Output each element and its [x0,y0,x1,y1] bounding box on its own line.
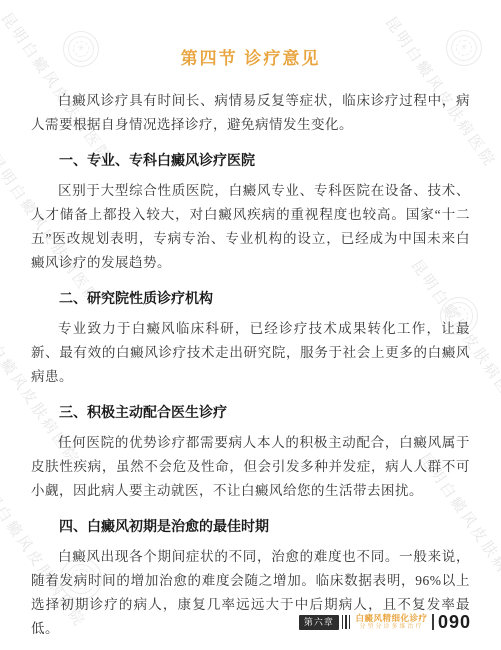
footer-book-title-line2: 分型分诊多维治疗 [359,623,423,631]
heading-3: 三、积极主动配合医生诊疗 [31,402,470,422]
footer-divider-bars-icon [342,615,351,629]
document-page: 昆明白癜风皮肤病医院 昆明白癜风皮肤病医院 昆明白癜风皮肤病医院 昆明白癜风皮肤… [0,0,501,650]
paragraph-3: 任何医院的优势诊疗都需要病人本人的积极主动配合，白癜风属于皮肤性疾病，虽然不会危… [31,431,470,503]
paragraph-2: 专业致力于白癜风临床科研，已经诊疗技术成果转化工作，让最新、最有效的白癜风诊疗技… [31,317,470,389]
page-number: 090 [438,613,471,631]
footer-book-title: 白癜风精细化诊疗 分型分诊多维治疗 [355,613,427,631]
page-number-separator [432,614,434,630]
footer-book-title-line1: 白癜风精细化诊疗 [355,613,427,623]
heading-4: 四、白癜风初期是治愈的最佳时期 [31,516,470,536]
intro-paragraph: 白癜风诊疗具有时间长、病情易反复等症状，临床诊疗过程中，病人需要根据自身情况选择… [31,89,470,137]
paragraph-1: 区别于大型综合性质医院，白癜风专业、专科医院在设备、技术、人才储备上都投入较大，… [31,179,470,275]
section-title: 第四节 诊疗意见 [31,46,470,72]
heading-2: 二、研究院性质诊疗机构 [31,288,470,308]
page-footer: 第六章 白癜风精细化诊疗 分型分诊多维治疗 090 [299,613,471,631]
chapter-badge: 第六章 [299,615,339,630]
heading-1: 一、专业、专科白癜风诊疗医院 [31,150,470,170]
document-content: 第四节 诊疗意见 白癜风诊疗具有时间长、病情易反复等症状，临床诊疗过程中，病人需… [0,0,501,641]
